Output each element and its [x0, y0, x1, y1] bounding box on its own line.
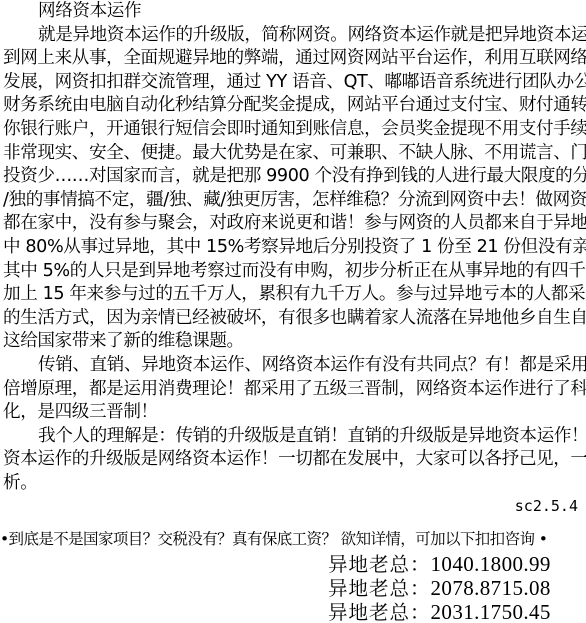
contact-item: 异地老总：2078.8715.08	[328, 576, 586, 600]
paragraph-line: 发展，网资扣扣群交流管理，通过 YY 语音、QT、嘟嘟语音系统进行团队办公交流，	[3, 71, 583, 95]
paragraph-1: 就是异地资本运作的升级版，简称网资。网络资本运作就是把异地资本运作搬 到网上来从…	[3, 24, 583, 354]
contact-label: 异地老总：	[328, 601, 431, 623]
contact-number: 1040.1800.99	[431, 552, 551, 576]
paragraph-line: 这给国家带来了新的维稳课题。	[3, 330, 583, 354]
document-title: 网络资本运作	[3, 0, 583, 24]
document-body: 网络资本运作 就是异地资本运作的升级版，简称网资。网络资本运作就是把异地资本运作…	[3, 0, 583, 519]
paragraph-line: /独的事情搞不定，疆/独、藏/独更厉害，怎样维稳？分流到网资中去！做网资的人，	[3, 189, 583, 213]
contact-number: 2031.1750.45	[431, 600, 551, 623]
document-signature: sc2.5.4	[3, 495, 583, 519]
contact-item: 异地老总：1040.1800.99	[328, 552, 586, 576]
paragraph-line: 其中 5%的人只是到异地考察过而没有申购，初步分析正在从事异地的有四千万之众，	[3, 260, 583, 284]
promo-banner: •到底是不是国家项目？交税没有？真有保底工资？ 欲知详情，可加以下扣扣咨询 •	[0, 529, 586, 549]
paragraph-line: 都在家中，没有参与聚会，对政府来说更和谐！参与网资的人员都来自于异地，其	[3, 212, 583, 236]
paragraph-line: 倍增原理，都是运用消费理论！都采用了五级三晋制，网络资本运作进行了科学优	[3, 378, 583, 402]
paragraph-line: 财务系统由电脑自动化秒结算分配奖金提成，网站平台通过支付宝、财付通转账到	[3, 94, 583, 118]
paragraph-line: 你银行账户，开通银行短信会即时通知到账信息，会员奖金提现不用支付手续费，	[3, 118, 583, 142]
contact-label: 异地老总：	[328, 553, 431, 576]
contact-label: 异地老总：	[328, 577, 431, 600]
paragraph-3: 我个人的理解是：传销的升级版是直销！直销的升级版是异地资本运作！异地 资本运作的…	[3, 425, 583, 496]
paragraph-line: 的生活方式，因为亲情已经被破坏，有很多也瞒着家人流落在异地他乡自生自灭，	[3, 307, 583, 331]
paragraph-line: 传销、直销、异地资本运作、网络资本运作有没有共同点？有！都是采用几何	[3, 354, 583, 378]
paragraph-line: 就是异地资本运作的升级版，简称网资。网络资本运作就是把异地资本运作搬	[3, 24, 583, 48]
paragraph-line: 到网上来从事，全面规避异地的弊端，通过网资网站平台运作，利用互联网络资源	[3, 47, 583, 71]
paragraph-2: 传销、直销、异地资本运作、网络资本运作有没有共同点？有！都是采用几何 倍增原理，…	[3, 354, 583, 425]
paragraph-line: 析。	[3, 472, 583, 496]
paragraph-line: 资本运作的升级版是网络资本运作！一切都在发展中，大家可以各抒己见，一起分	[3, 448, 583, 472]
paragraph-line: 化，是四级三晋制！	[3, 401, 583, 425]
paragraph-line: 投资少……对国家而言，就是把那 9900 个没有挣到钱的人进行最大限度的分流，台	[3, 165, 583, 189]
paragraph-line: 我个人的理解是：传销的升级版是直销！直销的升级版是异地资本运作！异地	[3, 425, 583, 449]
contact-item: 异地老总：2031.1750.45	[328, 600, 586, 623]
contact-list: 异地老总：1040.1800.99 异地老总：2078.8715.08 异地老总…	[328, 552, 586, 623]
contact-number: 2078.8715.08	[431, 576, 551, 600]
paragraph-line: 中 80%从事过异地，其中 15%考察异地后分别投资了 1 份至 21 份但没有…	[3, 236, 583, 260]
paragraph-line: 非常现实、安全、便捷。最大优势是在家、可兼职、不缺人脉、不用谎言、门坎低	[3, 142, 583, 166]
paragraph-line: 加上 15 年来参与过的五千万人，累积有九千万人。参与过异地亏本的人都采用低调	[3, 283, 583, 307]
